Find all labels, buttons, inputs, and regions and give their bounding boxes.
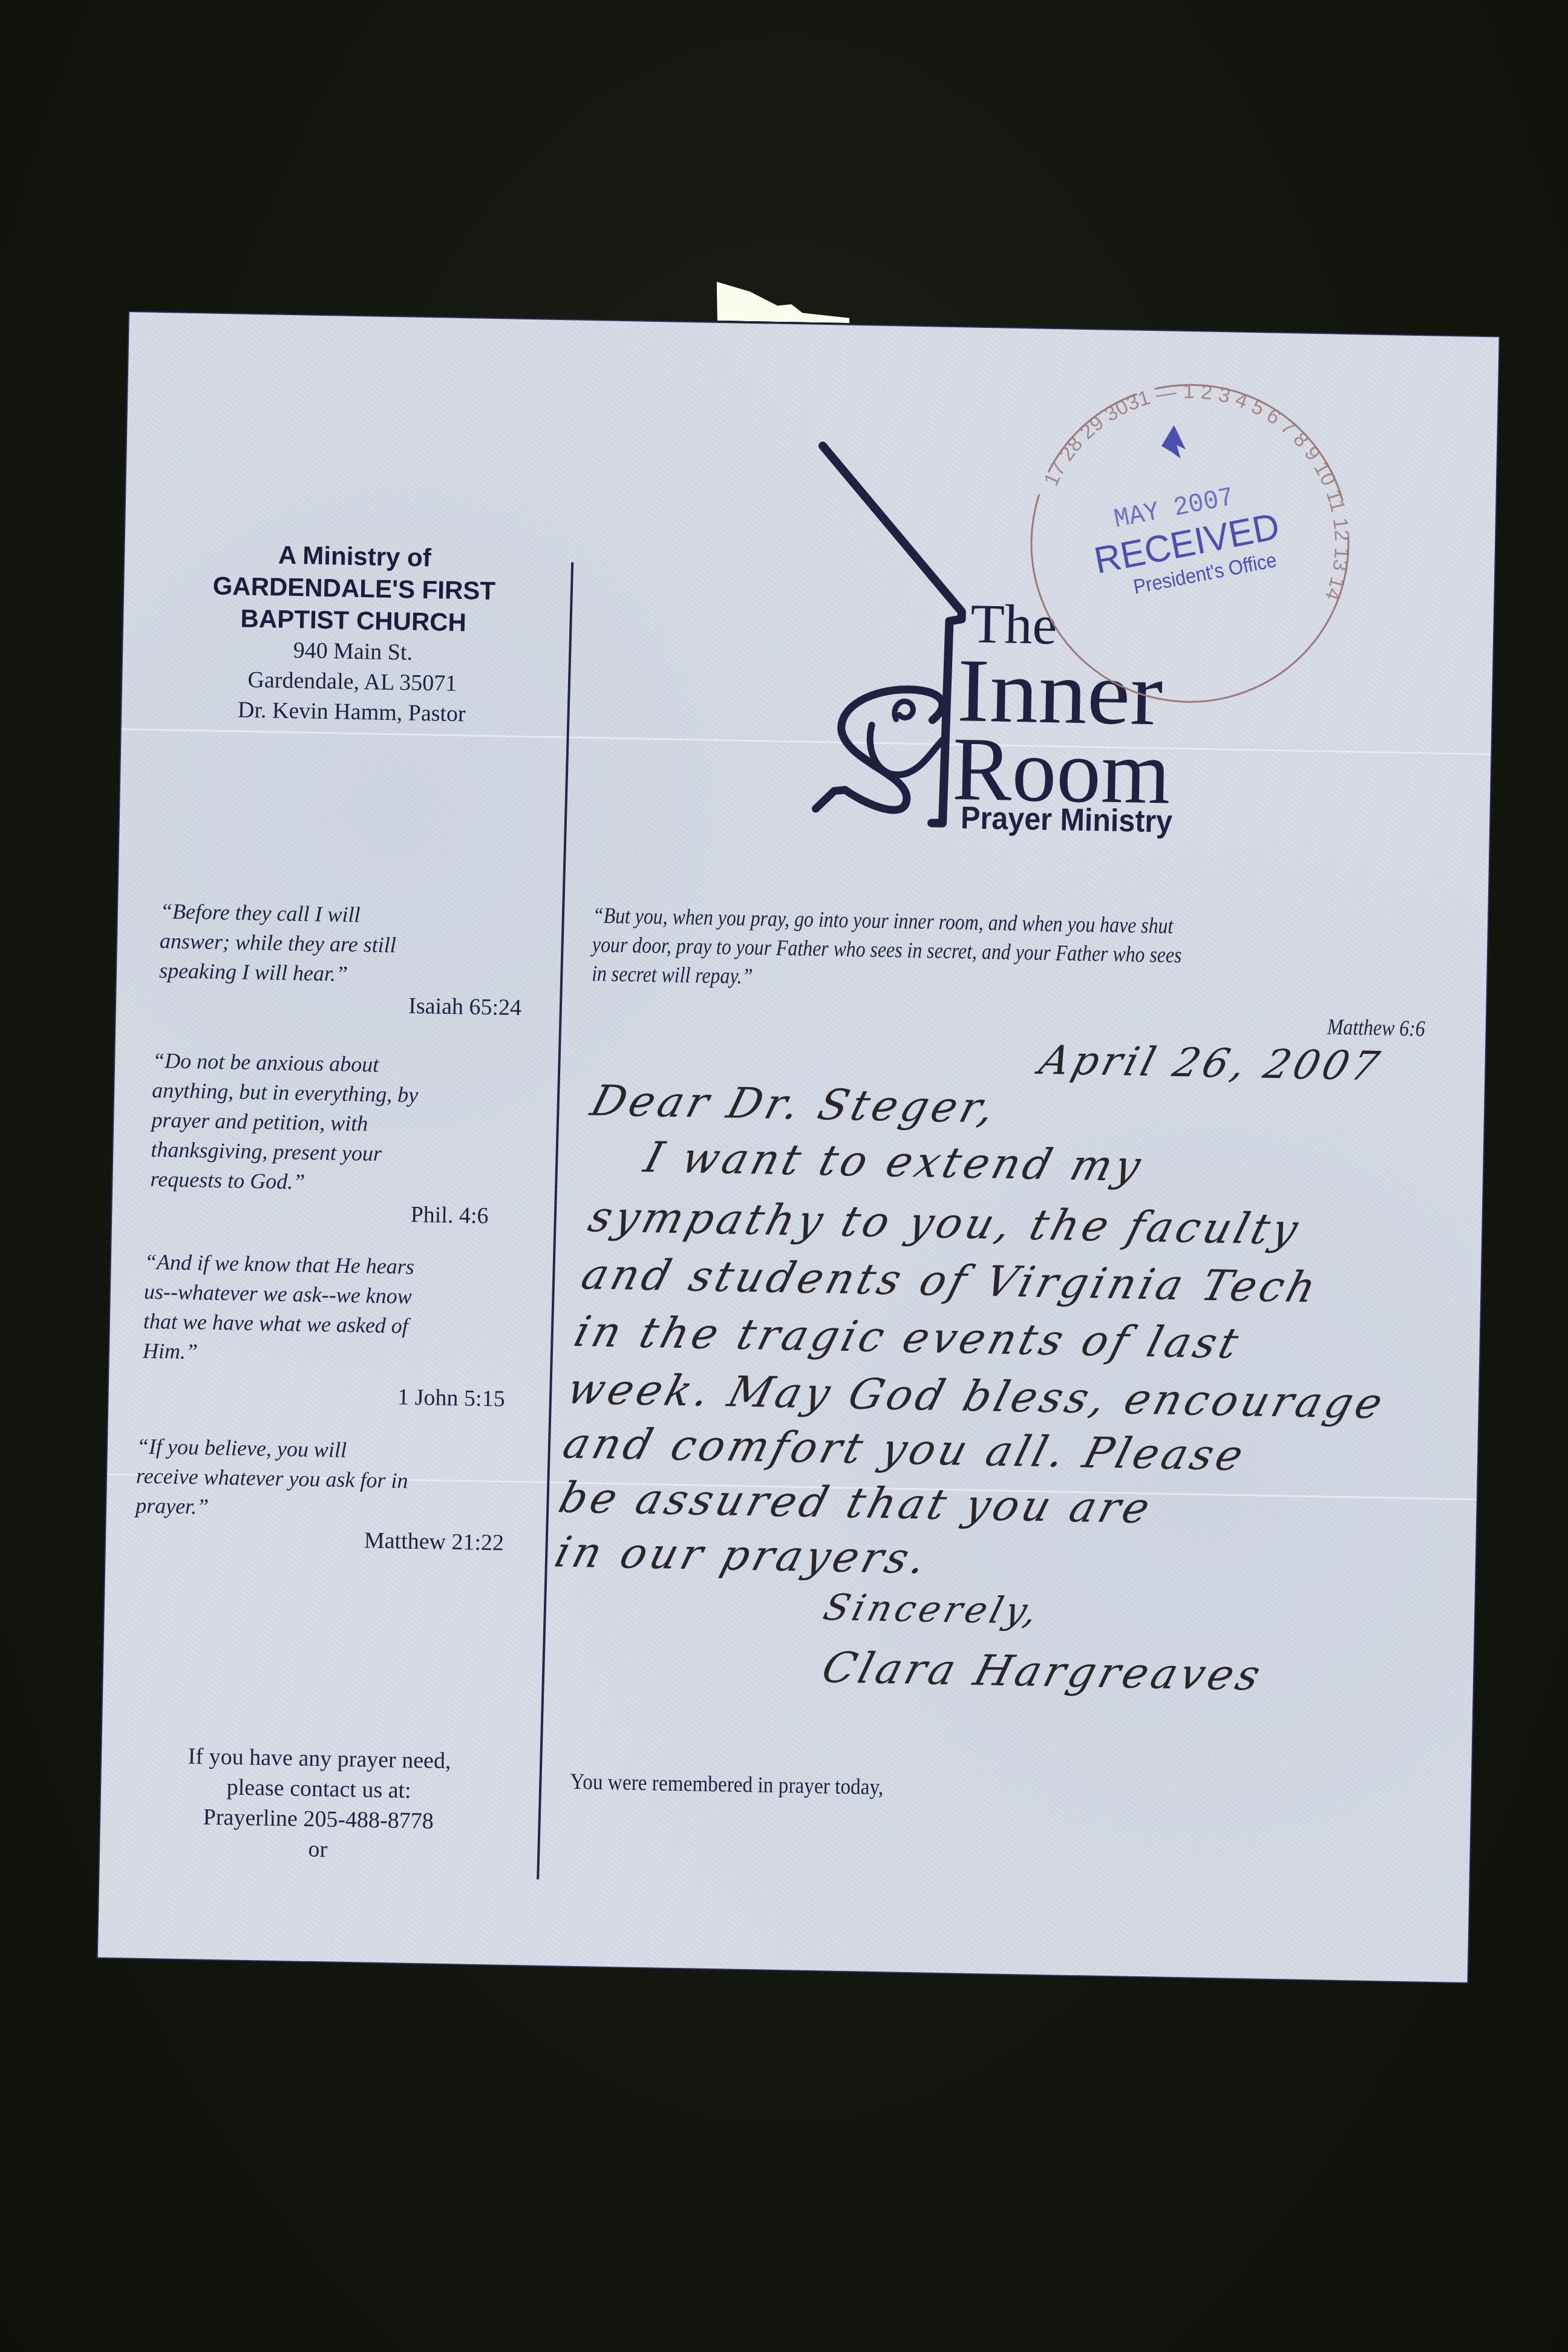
torn-paper-tab	[710, 278, 850, 323]
verse-reference: Phil. 4:6	[149, 1194, 513, 1232]
letter-line: in our prayers.	[550, 1527, 935, 1583]
remembered-footer: You were remembered in prayer today,	[570, 1769, 884, 1800]
handwritten-date: April 26, 2007	[1034, 1037, 1387, 1089]
column-divider	[537, 562, 573, 1879]
letter-line: and students of Virginia Tech	[577, 1249, 1325, 1312]
matthew-6-6-quote: “But you, when you pray, go into your in…	[592, 901, 1332, 1002]
letter-line: week. May God bless, encourage	[562, 1364, 1391, 1428]
handwritten-salutation: Dear Dr. Steger,	[586, 1076, 1004, 1132]
verse-isaiah: “Before they call I will answer; while t…	[158, 897, 524, 1024]
handwritten-signature: Clara Hargreaves	[817, 1643, 1269, 1700]
verse-1-john: “And if we know that He hears us--whatev…	[142, 1247, 508, 1415]
verse-matthew-21: “If you believe, you will receive whatev…	[135, 1432, 506, 1559]
verse-reference: 1 John 5:15	[142, 1377, 505, 1415]
church-header: A Ministry of GARDENDALE'S FIRST BAPTIST…	[140, 536, 567, 731]
prayer-card: A Ministry of GARDENDALE'S FIRST BAPTIST…	[98, 312, 1499, 1982]
handwritten-closing: Sincerely,	[819, 1587, 1046, 1633]
svg-text:Prayer Ministry: Prayer Ministry	[961, 800, 1173, 839]
quote-reference: Matthew 6:6	[1327, 1014, 1426, 1042]
prayerline-contact: If you have any prayer need, please cont…	[112, 1740, 526, 1868]
verse-philippians: “Do not be anxious about anything, but i…	[149, 1046, 516, 1232]
letter-line: be assured that you are	[554, 1473, 1159, 1534]
letter-line: sympathy to you, the faculty	[583, 1192, 1307, 1254]
letter-line: in the tragic events of last	[569, 1307, 1247, 1368]
verse-line: Him.”	[143, 1336, 506, 1373]
verse-reference: Isaiah 65:24	[158, 985, 522, 1024]
verse-reference: Matthew 21:22	[135, 1521, 505, 1559]
letter-line: I want to extend my	[639, 1132, 1149, 1191]
received-stamp: 17 28 29 3031 — 1 2 3 4 5 6 7 8 9 10 11 …	[1018, 371, 1363, 716]
letter-line: and comfort you all. Please	[558, 1419, 1252, 1480]
